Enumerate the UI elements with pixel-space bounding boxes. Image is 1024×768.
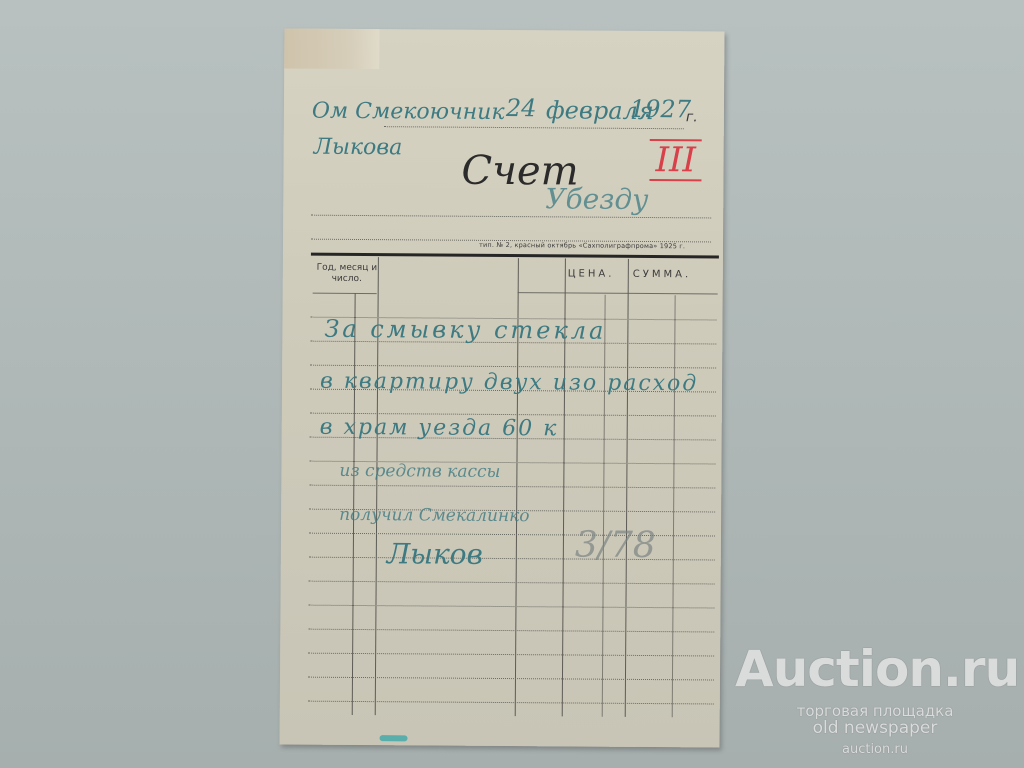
watermark-brand: Auction.ru bbox=[735, 640, 1015, 698]
title-addition: Убезду bbox=[545, 182, 648, 216]
price-header-rule bbox=[518, 292, 718, 294]
row-line bbox=[308, 629, 714, 633]
column-header-sum: СУММА. bbox=[633, 269, 691, 280]
col-divider-7 bbox=[672, 295, 676, 717]
handwritten-line-4: из средств кассы bbox=[339, 461, 500, 482]
place-line: Ом Смекоючник bbox=[312, 99, 505, 125]
from-name: Лыкова bbox=[314, 135, 403, 161]
signature: Лыков bbox=[387, 537, 483, 571]
date-dotted-line bbox=[384, 126, 684, 129]
red-pencil-mark: III bbox=[649, 139, 702, 181]
invoice-sheet: Ом Смекоючник 24 февраля 1927 г. Лыкова … bbox=[280, 28, 725, 747]
watermark-line-2: old newspaper bbox=[735, 718, 1015, 738]
row-line bbox=[308, 653, 714, 657]
watermark-line-3: auction.ru bbox=[735, 742, 1015, 757]
handwritten-line-3: в храм уезда 60 к bbox=[320, 415, 559, 442]
column-header-date: Год, месяц и число. bbox=[315, 263, 379, 285]
row-line bbox=[309, 581, 715, 585]
row-line bbox=[310, 365, 716, 369]
column-header-price: ЦЕНА. bbox=[568, 268, 615, 279]
date-year: 1927 bbox=[630, 95, 691, 123]
col-divider-1 bbox=[352, 293, 356, 715]
date-header-rule bbox=[313, 293, 377, 294]
year-suffix: г. bbox=[686, 109, 698, 125]
row-line bbox=[308, 701, 714, 705]
row-line bbox=[308, 605, 714, 609]
date-day: 24 bbox=[506, 94, 537, 122]
ink-smudge bbox=[380, 735, 408, 741]
row-line bbox=[309, 485, 715, 489]
row-line bbox=[308, 677, 714, 681]
printer-line: тип. № 2, красный октябрь «Сахполиграфпр… bbox=[479, 241, 685, 250]
paper-fold bbox=[284, 28, 379, 69]
handwritten-line-2: в квартиру двух изо расход bbox=[320, 369, 698, 397]
pencil-mark: 3/78 bbox=[575, 525, 656, 567]
header-dotted-line-1 bbox=[311, 215, 711, 219]
col-divider-5 bbox=[602, 295, 606, 717]
handwritten-line-5: получил Смекалинко bbox=[339, 505, 530, 526]
table-top-rule bbox=[311, 253, 719, 259]
handwritten-line-1: За смывку стекла bbox=[324, 315, 606, 345]
